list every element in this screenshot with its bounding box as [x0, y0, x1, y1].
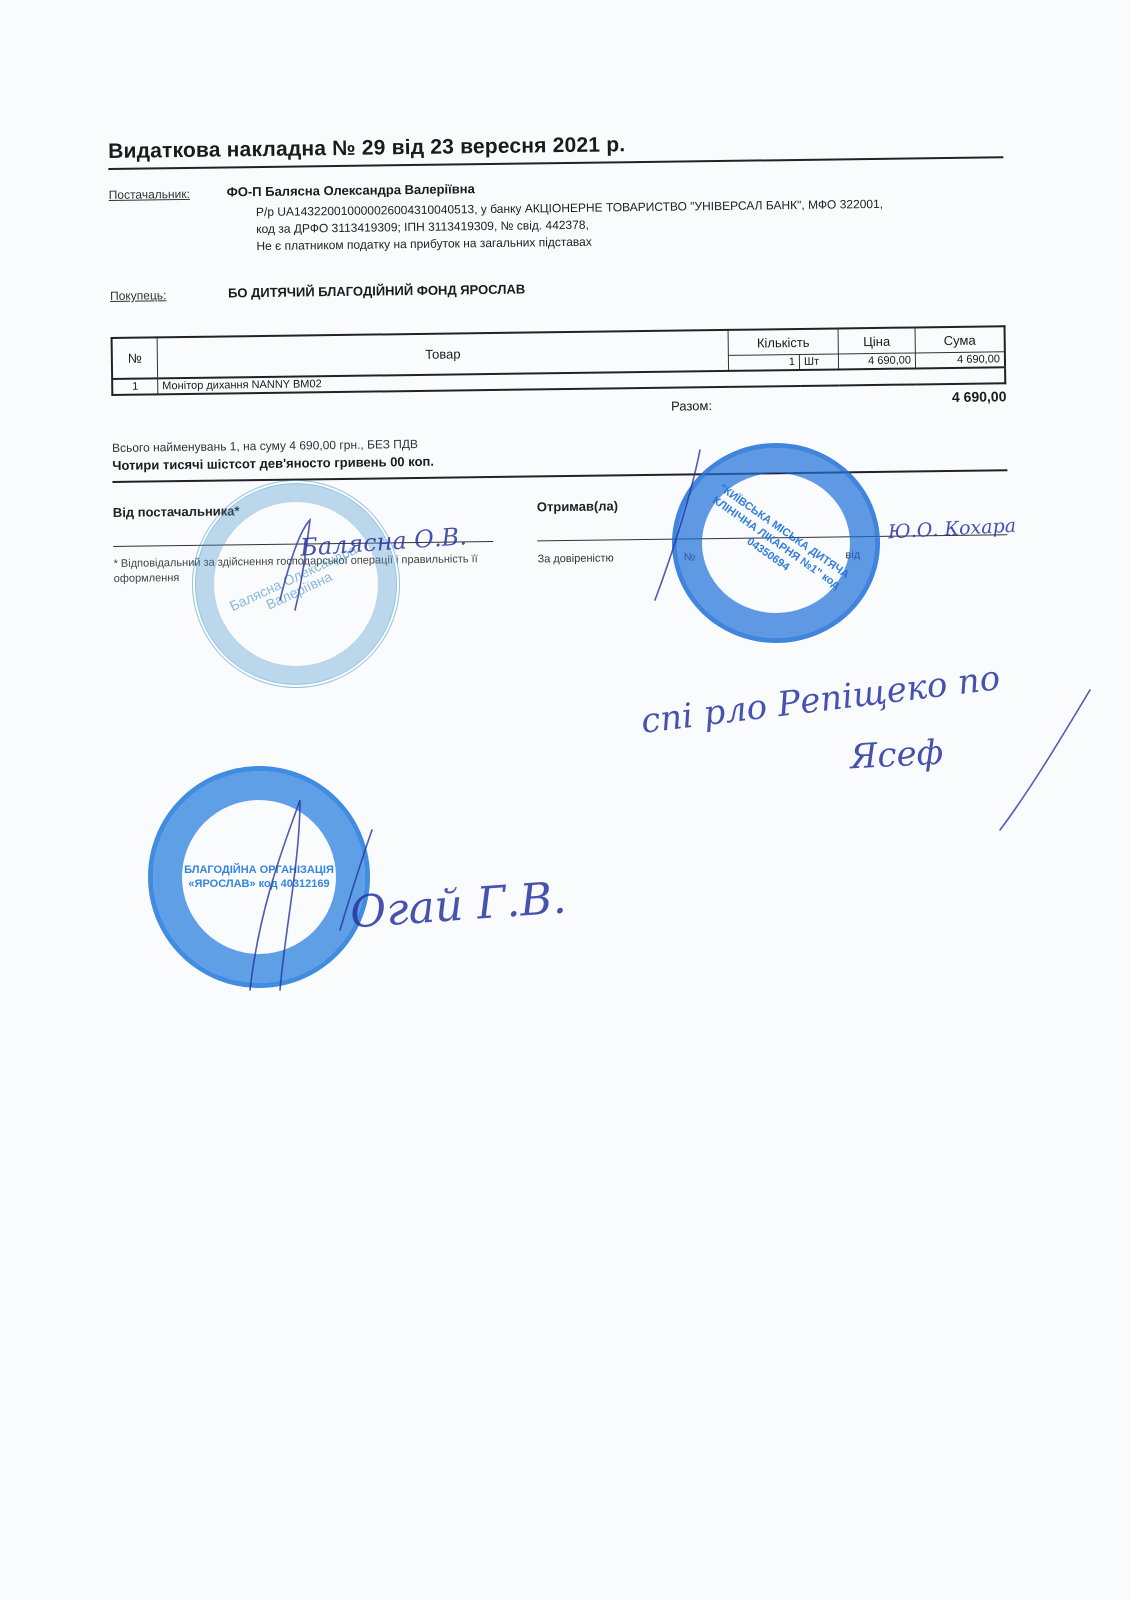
- scanned-page: Видаткова накладна № 29 від 23 вересня 2…: [0, 0, 1131, 1600]
- signature-strokes: [0, 0, 1131, 1600]
